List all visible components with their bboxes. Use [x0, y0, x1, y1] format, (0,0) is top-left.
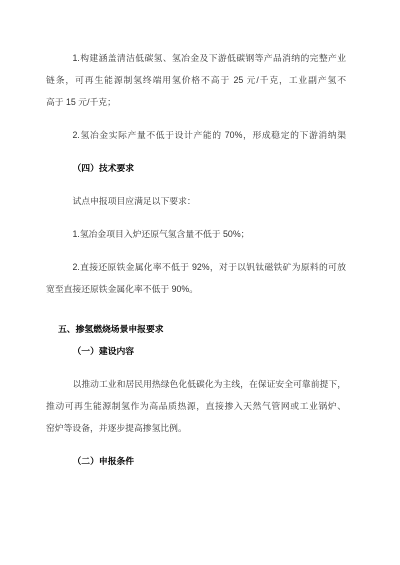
text-line: 试点申报项目应满足以下要求： [46, 190, 346, 212]
paragraph-construction-content-body: 以推动工业和居民用热绿色化低碳化为主线，在保证安全可靠前提下， 推动可再生能源制… [46, 373, 346, 439]
text-line: 1.构建涵盖清洁低碳氢、氢冶金及下游低碳钢等产品消纳的完整产业 [46, 47, 346, 69]
heading-technical-requirements: （四）技术要求 [46, 157, 346, 179]
text-line: 高于 15 元/千克； [46, 91, 346, 113]
text-line: 以推动工业和居民用热绿色化低碳化为主线，在保证安全可靠前提下， [46, 373, 346, 395]
heading-section-five-hydrogen-blending: 五、掺氢燃烧场景申报要求 [46, 318, 346, 340]
text-line: 2.氢冶金实际产量不低于设计产能的 70%，形成稳定的下游消纳渠道。 [46, 124, 346, 146]
text-line: 链条，可再生能源制氢终端用氢价格不高于 25 元/千克，工业副产氢不 [46, 69, 346, 91]
section-heading: （四）技术要求 [46, 157, 346, 179]
text-line: 1.氢冶金项目入炉还原气氢含量不低于 50%； [46, 223, 346, 245]
paragraph-hydrogen-content-requirement: 1.氢冶金项目入炉还原气氢含量不低于 50%； [46, 223, 346, 245]
paragraph-complete-industry-chain: 1.构建涵盖清洁低碳氢、氢冶金及下游低碳钢等产品消纳的完整产业 链条，可再生能源… [46, 47, 346, 113]
text-line: 推动可再生能源制氢作为高品质热源，直接掺入天然气管网或工业锅炉、 [46, 395, 346, 417]
text-line: 宽至直接还原铁金属化率不低于 90%。 [46, 278, 346, 300]
section-heading: （一）建设内容 [46, 340, 346, 362]
paragraph-pilot-requirements-intro: 试点申报项目应满足以下要求： [46, 190, 346, 212]
heading-application-conditions: （二）申报条件 [46, 450, 346, 472]
section-heading: （二）申报条件 [46, 450, 346, 472]
document-content: 1.构建涵盖清洁低碳氢、氢冶金及下游低碳钢等产品消纳的完整产业 链条，可再生能源… [0, 0, 400, 472]
text-line: 窑炉等设备，并逐步提高掺氢比例。 [46, 417, 346, 439]
text-line: 2.直接还原铁金属化率不低于 92%，对于以钒钛磁铁矿为原料的可放 [46, 256, 346, 278]
heading-construction-content: （一）建设内容 [46, 340, 346, 362]
paragraph-metallization-rate-requirement: 2.直接还原铁金属化率不低于 92%，对于以钒钛磁铁矿为原料的可放 宽至直接还原… [46, 256, 346, 300]
paragraph-actual-output-requirement: 2.氢冶金实际产量不低于设计产能的 70%，形成稳定的下游消纳渠道。 [46, 124, 346, 146]
chapter-heading: 五、掺氢燃烧场景申报要求 [46, 318, 346, 340]
document-page: 1.构建涵盖清洁低碳氢、氢冶金及下游低碳钢等产品消纳的完整产业 链条，可再生能源… [0, 0, 400, 565]
